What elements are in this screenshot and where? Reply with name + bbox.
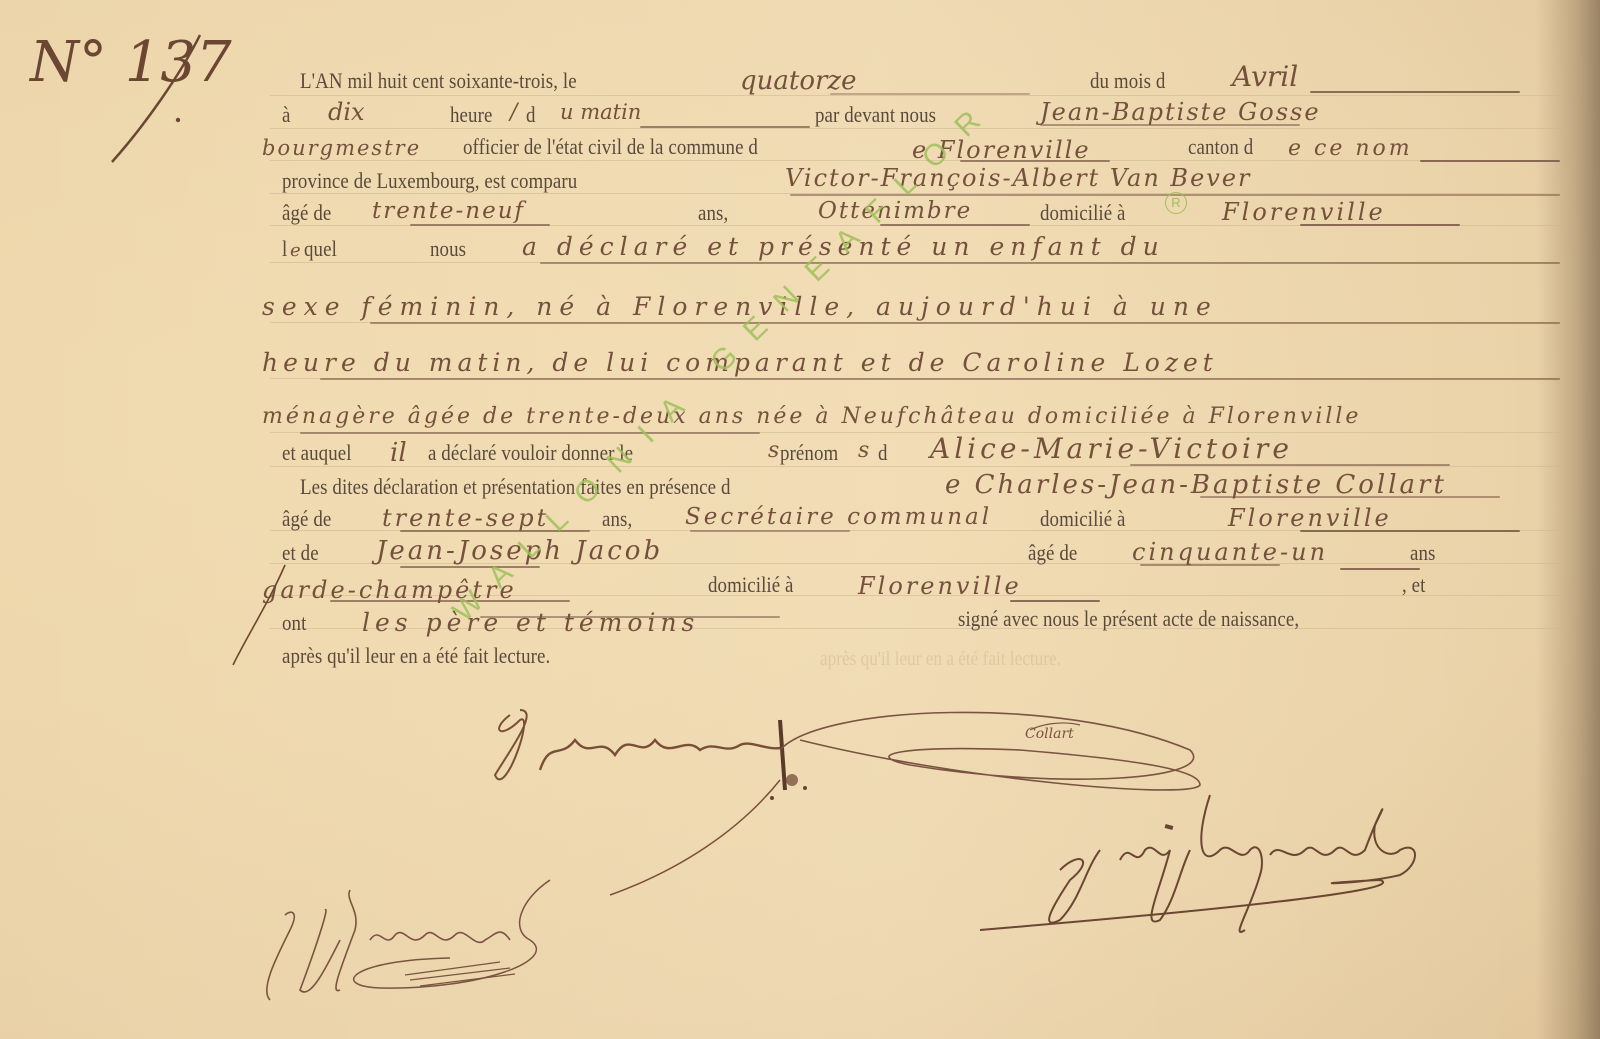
printed-age-de-2: âgé de — [282, 506, 331, 532]
printed-heure: heure — [450, 102, 492, 128]
hand-declarant-age: trente-neuf — [372, 198, 525, 224]
printed-a: à — [282, 102, 290, 128]
printed-officier-commune: officier de l'état civil de la commune d — [463, 134, 758, 160]
printed-prenom: prénom — [780, 440, 838, 466]
entry-number-slash — [100, 30, 210, 170]
fill-rule — [880, 224, 1030, 226]
ruled-line — [270, 128, 1560, 129]
svg-text:Collart: Collart — [1025, 726, 1074, 742]
fill-rule — [830, 93, 1030, 95]
printed-year-phrase: L'AN mil huit cent soixante-trois, le — [300, 68, 577, 94]
fill-rule — [1040, 124, 1300, 126]
fill-rule — [1300, 224, 1460, 226]
hand-given-names: Alice-Marie-Victoire — [930, 432, 1293, 465]
fill-rule — [960, 160, 1110, 162]
fill-rule — [1010, 600, 1100, 602]
printed-signe-avec-nous: signé avec nous le présent acte de naiss… — [958, 606, 1299, 632]
fill-rule — [1310, 91, 1520, 93]
hand-declarant-name: Victor-François-Albert Van Bever — [785, 164, 1252, 192]
signature-officer — [230, 840, 570, 1030]
fill-rule — [410, 224, 550, 226]
printed-domicilie: domicilié à — [1040, 200, 1126, 226]
hand-hour: dix — [328, 98, 365, 126]
hand-time-of-day: u matin — [560, 100, 641, 124]
hand-s2: s — [858, 438, 869, 463]
fill-rule — [1130, 464, 1450, 466]
fill-rule — [1300, 530, 1520, 532]
fill-rule — [300, 432, 760, 434]
hand-witness1-domicile: Florenville — [1228, 504, 1392, 532]
printed-ans-2: ans, — [602, 506, 632, 532]
fill-rule — [640, 126, 810, 128]
fill-rule — [1420, 160, 1560, 162]
printed-par-devant-nous: par devant nous — [815, 102, 936, 128]
printed-domicilie-2: domicilié à — [1040, 506, 1126, 532]
bleed-through-text: après qu'il leur en a été fait lecture. — [820, 648, 1061, 671]
printed-l: l — [282, 236, 287, 262]
hand-il: il — [390, 438, 407, 468]
hand-suffix-e: e — [290, 240, 301, 261]
hand-s: s — [768, 438, 779, 463]
hand-mother-line: ménagère âgée de trente-deux ans née à N… — [262, 404, 1361, 429]
hand-signatories: les père et témoins — [362, 608, 699, 637]
printed-et-auquel: et auquel — [282, 440, 352, 466]
hand-plural-mark: / — [510, 100, 517, 125]
hand-officer-title: bourgmestre — [262, 136, 421, 160]
printed-d2: d — [878, 440, 888, 466]
printed-et: , et — [1402, 572, 1425, 598]
fill-rule — [540, 262, 1560, 264]
printed-ans: ans, — [698, 200, 728, 226]
fill-rule — [1200, 496, 1500, 498]
hand-sex-birthplace-line: sexe féminin, né à Florenville, aujourd'… — [262, 292, 1218, 321]
fill-rule — [370, 322, 1560, 324]
hand-canton: e ce nom — [1288, 136, 1413, 161]
printed-presence: Les dites déclaration et présentation fa… — [300, 474, 731, 500]
signature-witness-jacob — [920, 780, 1480, 950]
hand-witness2-domicile: Florenville — [858, 572, 1022, 600]
printed-canton: canton d — [1188, 134, 1253, 160]
hand-witness2-age: cinquante-un — [1132, 538, 1328, 566]
printed-nous: nous — [430, 236, 466, 262]
fill-rule — [480, 616, 780, 618]
watermark-registered-mark: R — [1165, 192, 1187, 214]
margin-flourish — [225, 560, 305, 670]
printed-d: d — [526, 102, 536, 128]
fill-rule — [1340, 568, 1420, 570]
hand-witness1-profession: Secrétaire communal — [685, 504, 992, 530]
printed-domicilie-3: domicilié à — [708, 572, 794, 598]
printed-province-comparu: province de Luxembourg, est comparu — [282, 168, 577, 194]
printed-age-de-3: âgé de — [1028, 540, 1077, 566]
hand-officer-name: Jean-Baptiste Gosse — [1040, 98, 1321, 126]
fill-rule — [1140, 564, 1280, 566]
ruled-line — [270, 466, 1560, 467]
fill-rule — [320, 378, 1560, 380]
printed-apres-lecture: après qu'il leur en a été fait lecture. — [282, 643, 550, 669]
ruled-line — [270, 95, 1560, 96]
printed-month-label: du mois d — [1090, 68, 1165, 94]
printed-quel: quel — [304, 236, 337, 262]
hand-declarant-domicile: Florenville — [1222, 198, 1386, 226]
printed-age-de: âgé de — [282, 200, 331, 226]
fill-rule — [690, 530, 850, 532]
hand-day: quatorze — [740, 66, 857, 96]
hand-month: Avril — [1232, 60, 1298, 93]
printed-ans-3: ans — [1410, 540, 1435, 566]
